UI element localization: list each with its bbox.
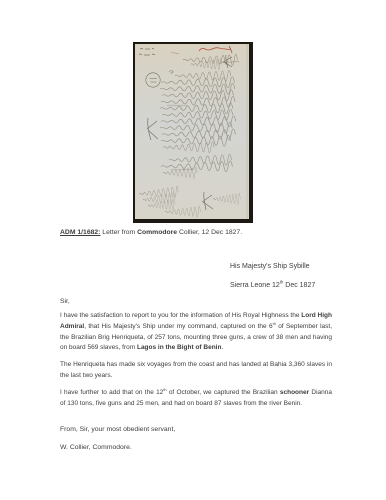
letter-scan-image [133, 42, 253, 223]
address-line-date: Sierra Leone 12th Dec 1827 [230, 282, 315, 290]
paragraph-capture-dianna: I have further to add that on the 12th o… [60, 388, 332, 410]
document-page: ADM 1/1682: Letter from Commodore Collie… [0, 0, 386, 500]
letter-closing: From, Sir, your most obedient servant, [60, 426, 175, 434]
figure-caption: ADM 1/1682: Letter from Commodore Collie… [60, 228, 365, 238]
letter-scan-figure [133, 42, 253, 223]
letter-signature: W. Collier, Commodore. [60, 444, 132, 452]
paper-edge-highlight [247, 44, 248, 219]
letter-address-block: His Majesty's Ship Sybille Sierra Leone … [230, 263, 315, 301]
paragraph-voyages: The Henriqueta has made six voyages from… [60, 360, 332, 382]
salutation: Sir, [60, 298, 70, 306]
paragraph-capture-henriqueta: I have the satisfaction to report to you… [60, 311, 332, 354]
address-line-ship: His Majesty's Ship Sybille [230, 263, 315, 271]
